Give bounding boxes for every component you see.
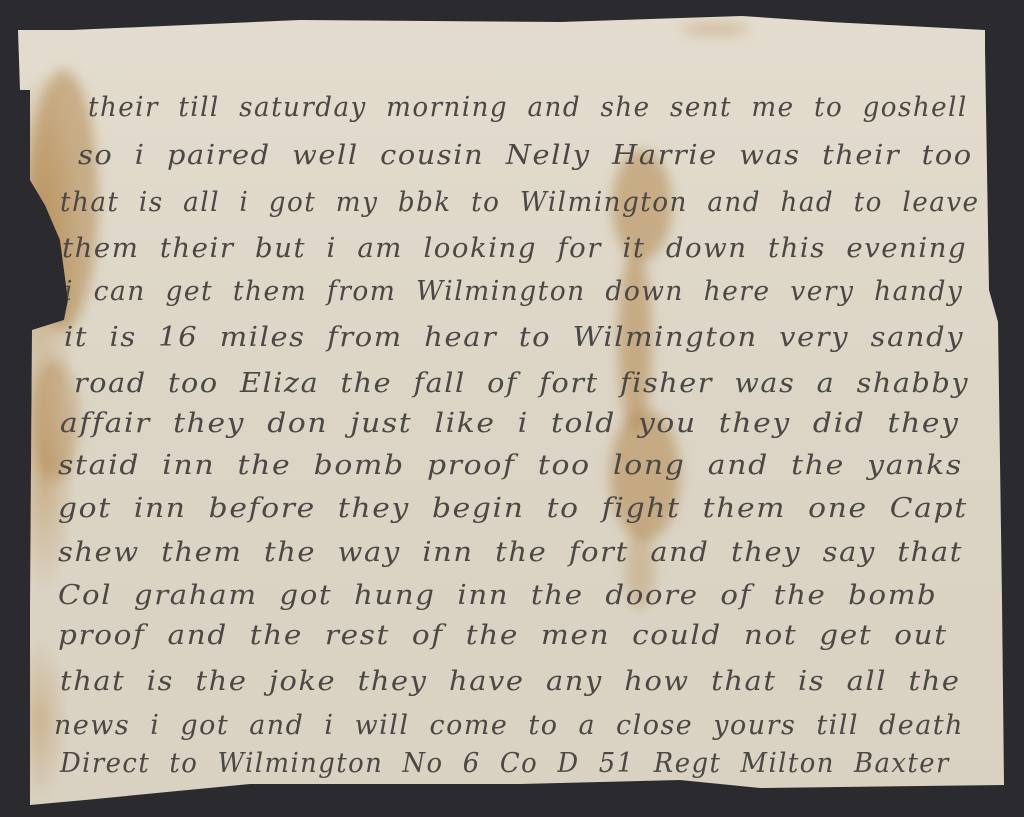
letter-line-3: that is all i got my bbk to Wilmington a…	[60, 187, 980, 218]
water-stain-top-edge	[680, 22, 750, 36]
letter-line-13: proof and the rest of the men could not …	[58, 620, 948, 651]
letter-line-6: it is 16 miles from hear to Wilmington v…	[64, 322, 964, 353]
letter-line-16-signature: Direct to Wilmington No 6 Co D 51 Regt M…	[60, 748, 950, 779]
letter-line-7: road too Eliza the fall of fort fisher w…	[74, 368, 969, 399]
letter-line-15: news i got and i will come to a close yo…	[54, 710, 964, 741]
letter-line-2: so i paired well cousin Nelly Harrie was…	[78, 140, 973, 171]
letter-line-9: staid inn the bomb proof too long and th…	[58, 450, 963, 481]
letter-line-5: i can get them from Wilmington down here…	[64, 276, 963, 307]
letter-line-10: got inn before they begin to fight them …	[58, 493, 968, 524]
letter-line-4: them their but i am looking for it down …	[62, 233, 967, 264]
scanned-letter-image: their till saturday morning and she sent…	[0, 0, 1024, 817]
letter-line-8: affair they don just like i told you the…	[60, 408, 960, 439]
letter-line-14: that is the joke they have any how that …	[60, 666, 961, 697]
letter-line-11: shew them the way inn the fort and they …	[58, 537, 963, 568]
letter-line-1: their till saturday morning and she sent…	[88, 92, 968, 123]
letter-line-12: Col graham got hung inn the doore of the…	[58, 580, 937, 611]
letter-paper: their till saturday morning and she sent…	[0, 0, 1024, 817]
